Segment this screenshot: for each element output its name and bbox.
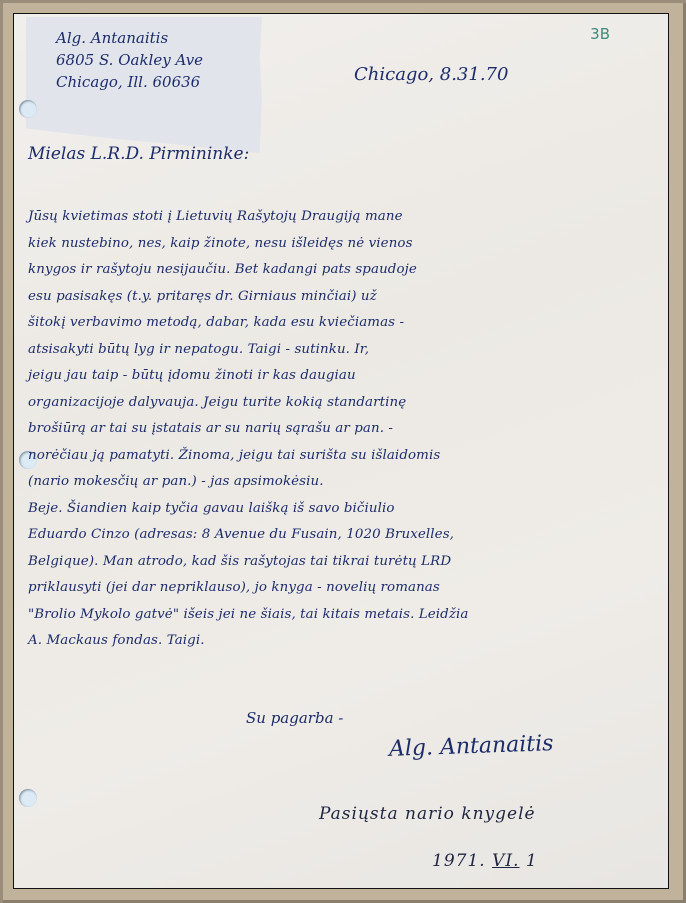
- body-line: šitokį verbavimo metodą, dabar, kada esu…: [28, 310, 658, 337]
- punch-hole-icon: [19, 100, 37, 118]
- annotation-day: 1: [526, 851, 538, 871]
- sender-address: Alg. Antanaitis 6805 S. Oakley Ave Chica…: [56, 27, 203, 93]
- body-line: jeigu jau taip - būtų įdomu žinoti ir ka…: [28, 363, 658, 390]
- page-number: 3B: [590, 25, 610, 43]
- closing: Su pagarba -: [246, 709, 343, 727]
- body-line: (nario mokesčių ar pan.) - jas apsimokės…: [28, 469, 658, 496]
- body-line: organizacijoje dalyvauja. Jeigu turite k…: [28, 390, 658, 417]
- body-line: priklausyti (jei dar nepriklauso), jo kn…: [28, 575, 658, 602]
- salutation: Mielas L.R.D. Pirmininke:: [28, 144, 249, 164]
- body-line: brošiūrą ar tai su įstatais ar su narių …: [28, 416, 658, 443]
- sender-address-slip: Alg. Antanaitis 6805 S. Oakley Ave Chica…: [26, 17, 262, 153]
- body-line: Jūsų kvietimas stoti į Lietuvių Rašytojų…: [28, 204, 658, 231]
- annotation-date: 1971. VI. 1: [432, 851, 538, 871]
- body-line: Eduardo Cinzo (adresas: 8 Avenue du Fusa…: [28, 522, 658, 549]
- body-line: atsisakyti būtų lyg ir nepatogu. Taigi -…: [28, 337, 658, 364]
- punch-hole-icon: [19, 789, 37, 807]
- sender-city: Chicago, Ill. 60636: [56, 71, 203, 93]
- annotation-year: 1971.: [432, 851, 486, 871]
- letter-body: Jūsų kvietimas stoti į Lietuvių Rašytojų…: [28, 204, 658, 655]
- place-date: Chicago, 8.31.70: [354, 64, 508, 85]
- sender-name: Alg. Antanaitis: [56, 27, 203, 49]
- sender-street: 6805 S. Oakley Ave: [56, 49, 203, 71]
- annotation-month: VI.: [492, 851, 519, 871]
- annotation-note: Pasiųsta nario knygelė: [319, 804, 536, 824]
- body-line: knygos ir rašytoju nesijaučiu. Bet kadan…: [28, 257, 658, 284]
- body-line: kiek nustebino, nes, kaip žinote, nesu i…: [28, 231, 658, 258]
- body-line: "Brolio Mykolo gatvė" išeis jei ne šiais…: [28, 602, 658, 629]
- body-line: Belgique). Man atrodo, kad šis rašytojas…: [28, 549, 658, 576]
- body-line: A. Mackaus fondas. Taigi.: [28, 628, 658, 655]
- signature: Alg. Antanaitis: [389, 731, 554, 762]
- body-line: Beje. Šiandien kaip tyčia gavau laišką i…: [28, 496, 658, 523]
- body-line: esu pasisakęs (t.y. pritaręs dr. Girniau…: [28, 284, 658, 311]
- scan-frame: Alg. Antanaitis 6805 S. Oakley Ave Chica…: [0, 0, 686, 903]
- body-line: norėčiau ją pamatyti. Žinoma, jeigu tai …: [28, 443, 658, 470]
- letter-page: Alg. Antanaitis 6805 S. Oakley Ave Chica…: [13, 13, 669, 889]
